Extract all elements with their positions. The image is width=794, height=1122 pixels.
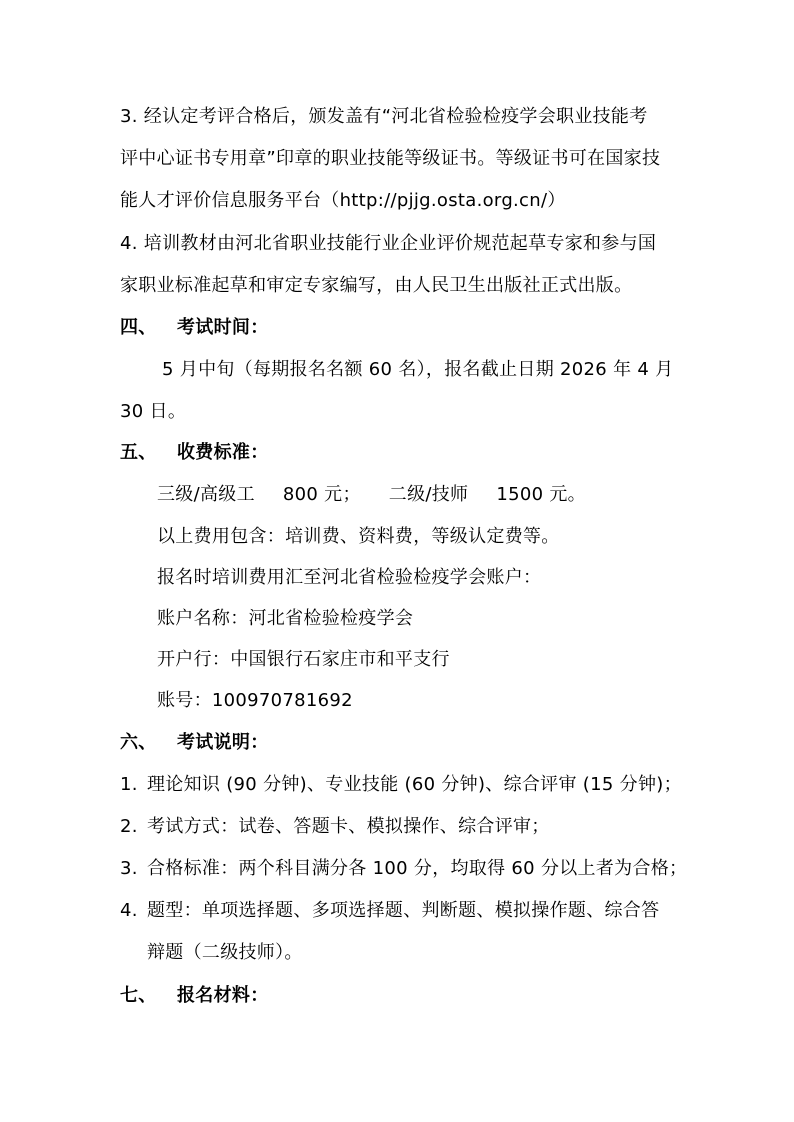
exam-item-number: 3. [120, 857, 147, 881]
section5-title: 收费标准： [177, 442, 269, 463]
exam-item-2: 2.考试方式：试卷、答题卡、模拟操作、综合评审； [120, 815, 550, 839]
bank-name: 开户行：中国银行石家庄市和平支行 [157, 648, 450, 672]
section7-heading: 七、报名材料： [120, 984, 269, 1008]
section7-number: 七、 [120, 984, 177, 1008]
item3-line2: 评中心证书专用章”印章的职业技能等级证书。等级证书可在国家技 [120, 147, 660, 171]
section6-number: 六、 [120, 731, 177, 755]
exam-item-number: 1. [120, 773, 147, 797]
level2-label: 二级/技师 [389, 484, 469, 505]
exam-item-text: 合格标准：两个科目满分各 100 分，均取得 60 分以上者为合格； [147, 858, 687, 879]
section7-title: 报名材料： [177, 985, 269, 1006]
item3-line3: 能人才评价信息服务平台（http://pjjg.osta.org.cn/） [120, 189, 566, 213]
exam-item-number: 4. [120, 899, 147, 923]
section5-number: 五、 [120, 441, 177, 465]
exam-item-4-continuation: 辩题（二级技师）。 [147, 941, 303, 965]
document-page: 3. 经认定考评合格后，颁发盖有“河北省检验检疫学会职业技能考 评中心证书专用章… [0, 0, 794, 1122]
exam-item-text: 题型：单项选择题、多项选择题、判断题、模拟操作题、综合答 [147, 900, 659, 921]
exam-item-text: 理论知识 (90 分钟)、专业技能 (60 分钟)、综合评审 (15 分钟)； [147, 774, 682, 795]
account-name: 账户名称：河北省检验检疫学会 [157, 607, 413, 631]
item4-line2: 家职业标准起草和审定专家编写，由人民卫生出版社正式出版。 [120, 274, 632, 298]
item4-line1: 4. 培训教材由河北省职业技能行业企业评价规范起草专家和参与国 [120, 232, 656, 256]
level3-label: 三级/高级工 [157, 484, 255, 505]
section4-heading: 四、考试时间： [120, 316, 269, 340]
fee-includes: 以上费用包含：培训费、资料费，等级认定费等。 [157, 525, 560, 549]
account-number: 账号：100970781692 [157, 689, 353, 713]
section6-title: 考试说明： [177, 732, 269, 753]
exam-item-1: 1.理论知识 (90 分钟)、专业技能 (60 分钟)、综合评审 (15 分钟)… [120, 773, 682, 797]
level3-price: 800 元； [283, 484, 361, 505]
section4-line2: 30 日。 [120, 400, 186, 424]
item3-line1: 3. 经认定考评合格后，颁发盖有“河北省检验检疫学会职业技能考 [120, 105, 648, 129]
exam-item-4: 4.题型：单项选择题、多项选择题、判断题、模拟操作题、综合答 [120, 899, 659, 923]
fee-line: 三级/高级工800 元；二级/技师1500 元。 [157, 483, 586, 507]
remit-note: 报名时培训费用汇至河北省检验检疫学会账户： [157, 566, 541, 590]
level2-price: 1500 元。 [496, 484, 586, 505]
section4-number: 四、 [120, 316, 177, 340]
exam-item-3: 3.合格标准：两个科目满分各 100 分，均取得 60 分以上者为合格； [120, 857, 687, 881]
section6-heading: 六、考试说明： [120, 731, 269, 755]
exam-item-text: 考试方式：试卷、答题卡、模拟操作、综合评审； [147, 816, 550, 837]
exam-item-number: 2. [120, 815, 147, 839]
section4-title: 考试时间： [177, 317, 269, 338]
section4-line1: 5 月中旬（每期报名名额 60 名），报名截止日期 2026 年 4 月 [162, 358, 673, 382]
section5-heading: 五、收费标准： [120, 441, 269, 465]
